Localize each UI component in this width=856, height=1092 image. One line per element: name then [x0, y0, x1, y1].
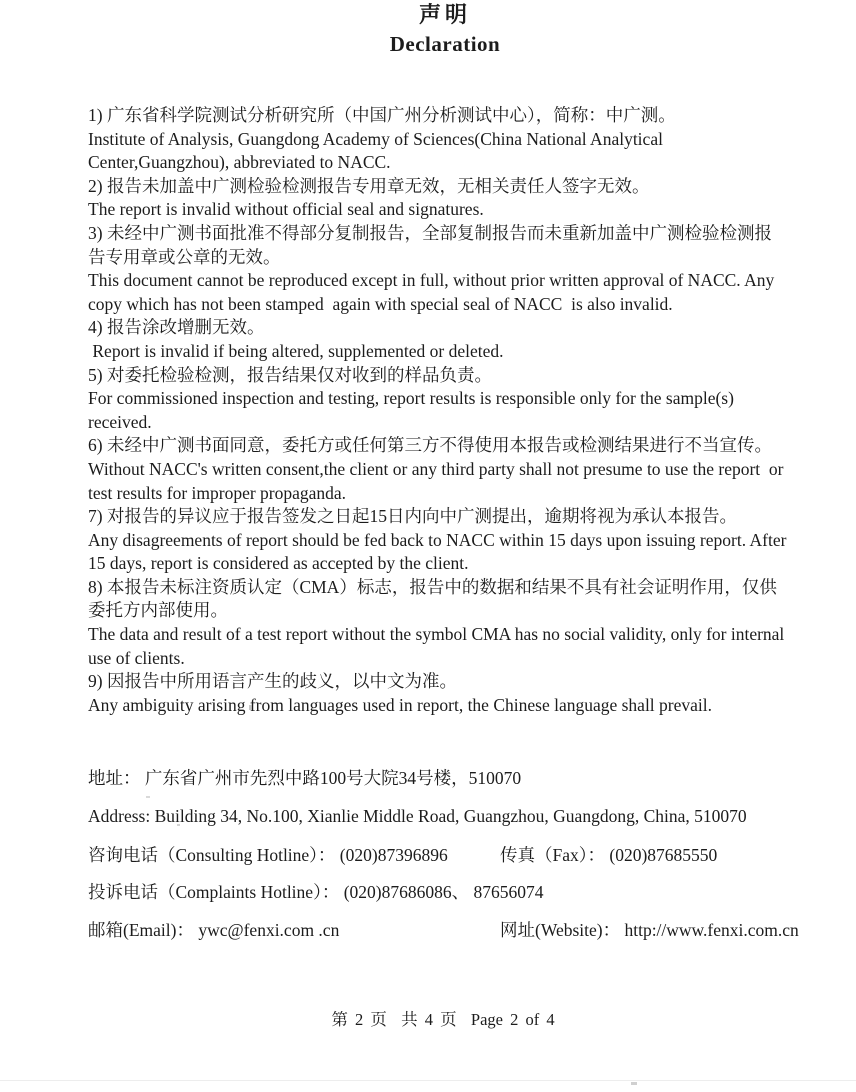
- body-line: For commissioned inspection and testing,…: [88, 387, 848, 411]
- scan-artifact: [177, 824, 180, 826]
- body-line: This document cannot be reproduced excep…: [88, 269, 848, 293]
- body-line: 6) 未经中广测书面同意，委托方或任何第三方不得使用本报告或检测结果进行不当宣传…: [88, 434, 848, 458]
- email-website-row: 邮箱(Email)： ywc@fenxi.com .cn 网址(Website)…: [88, 918, 848, 1014]
- body-line: Center,Guangzhou), abbreviated to NACC.: [88, 151, 848, 175]
- email-address: 邮箱(Email)： ywc@fenxi.com .cn: [88, 918, 339, 942]
- body-line: 9) 因报告中所用语言产生的歧义，以中文为准。: [88, 670, 848, 694]
- body-line: 告专用章或公章的无效。: [88, 246, 848, 270]
- consulting-hotline: 咨询电话（Consulting Hotline）： (020)87396896: [88, 843, 448, 867]
- body-line: 7) 对报告的异议应于报告签发之日起15日内向中广测提出，逾期将视为承认本报告。: [88, 505, 848, 529]
- body-line: Without NACC's written consent,the clien…: [88, 458, 848, 482]
- body-line: Any disagreements of report should be fe…: [88, 529, 848, 553]
- body-line: The report is invalid without official s…: [88, 198, 848, 222]
- body-line: Report is invalid if being altered, supp…: [88, 340, 848, 364]
- website-url: 网址(Website)： http://www.fenxi.com.cn: [500, 918, 799, 942]
- body-line: 8) 本报告未标注资质认定（CMA）标志，报告中的数据和结果不具有社会证明作用，…: [88, 576, 848, 600]
- body-line: test results for improper propaganda.: [88, 482, 848, 506]
- body-line: 4) 报告涂改增删无效。: [88, 316, 848, 340]
- fax-number: 传真（Fax）： (020)87685550: [500, 843, 717, 867]
- complaints-hotline: 投诉电话（Complaints Hotline）： (020)87686086、…: [88, 880, 848, 904]
- body-line: 15 days, report is considered as accepte…: [88, 552, 848, 576]
- body-line: Institute of Analysis, Guangdong Academy…: [88, 128, 848, 152]
- body-line: 委托方内部使用。: [88, 599, 848, 623]
- page-title-english: Declaration: [34, 30, 856, 58]
- scan-artifact: [146, 796, 150, 798]
- address-line-en: Address: Building 34, No.100, Xianlie Mi…: [88, 804, 848, 828]
- declaration-page: 声明 Declaration 1) 广东省科学院测试分析研究所（中国广州分析测试…: [0, 0, 856, 1092]
- body-line: 1) 广东省科学院测试分析研究所（中国广州分析测试中心），简称：中广测。: [88, 104, 848, 128]
- body-line: copy which has not been stamped again wi…: [88, 293, 848, 317]
- body-line: received.: [88, 411, 848, 435]
- body-line: 3) 未经中广测书面批准不得部分复制报告，全部复制报告而未重新加盖中广测检验检测…: [88, 222, 848, 246]
- body-line: 5) 对委托检验检测，报告结果仅对收到的样品负责。: [88, 364, 848, 388]
- scan-artifact: [249, 705, 252, 710]
- scan-artifact-line: [0, 1080, 856, 1081]
- body-line: Any ambiguity arising from languages use…: [88, 694, 848, 718]
- body-line: use of clients.: [88, 647, 848, 671]
- page-header: 声明 Declaration: [0, 0, 856, 58]
- address-line-cn: 地址： 广东省广州市先烈中路100号大院34号楼，510070: [88, 766, 848, 790]
- body-line: 2) 报告未加盖中广测检验检测报告专用章无效，无相关责任人签字无效。: [88, 175, 848, 199]
- page-title-chinese: 声明: [34, 0, 856, 30]
- page-number-footer: 第 2 页 共 4 页 Page 2 of 4: [0, 1008, 856, 1032]
- scan-artifact: [631, 1082, 637, 1085]
- body-line: The data and result of a test report wit…: [88, 623, 848, 647]
- declaration-body: 1) 广东省科学院测试分析研究所（中国广州分析测试中心），简称：中广测。Inst…: [88, 104, 848, 717]
